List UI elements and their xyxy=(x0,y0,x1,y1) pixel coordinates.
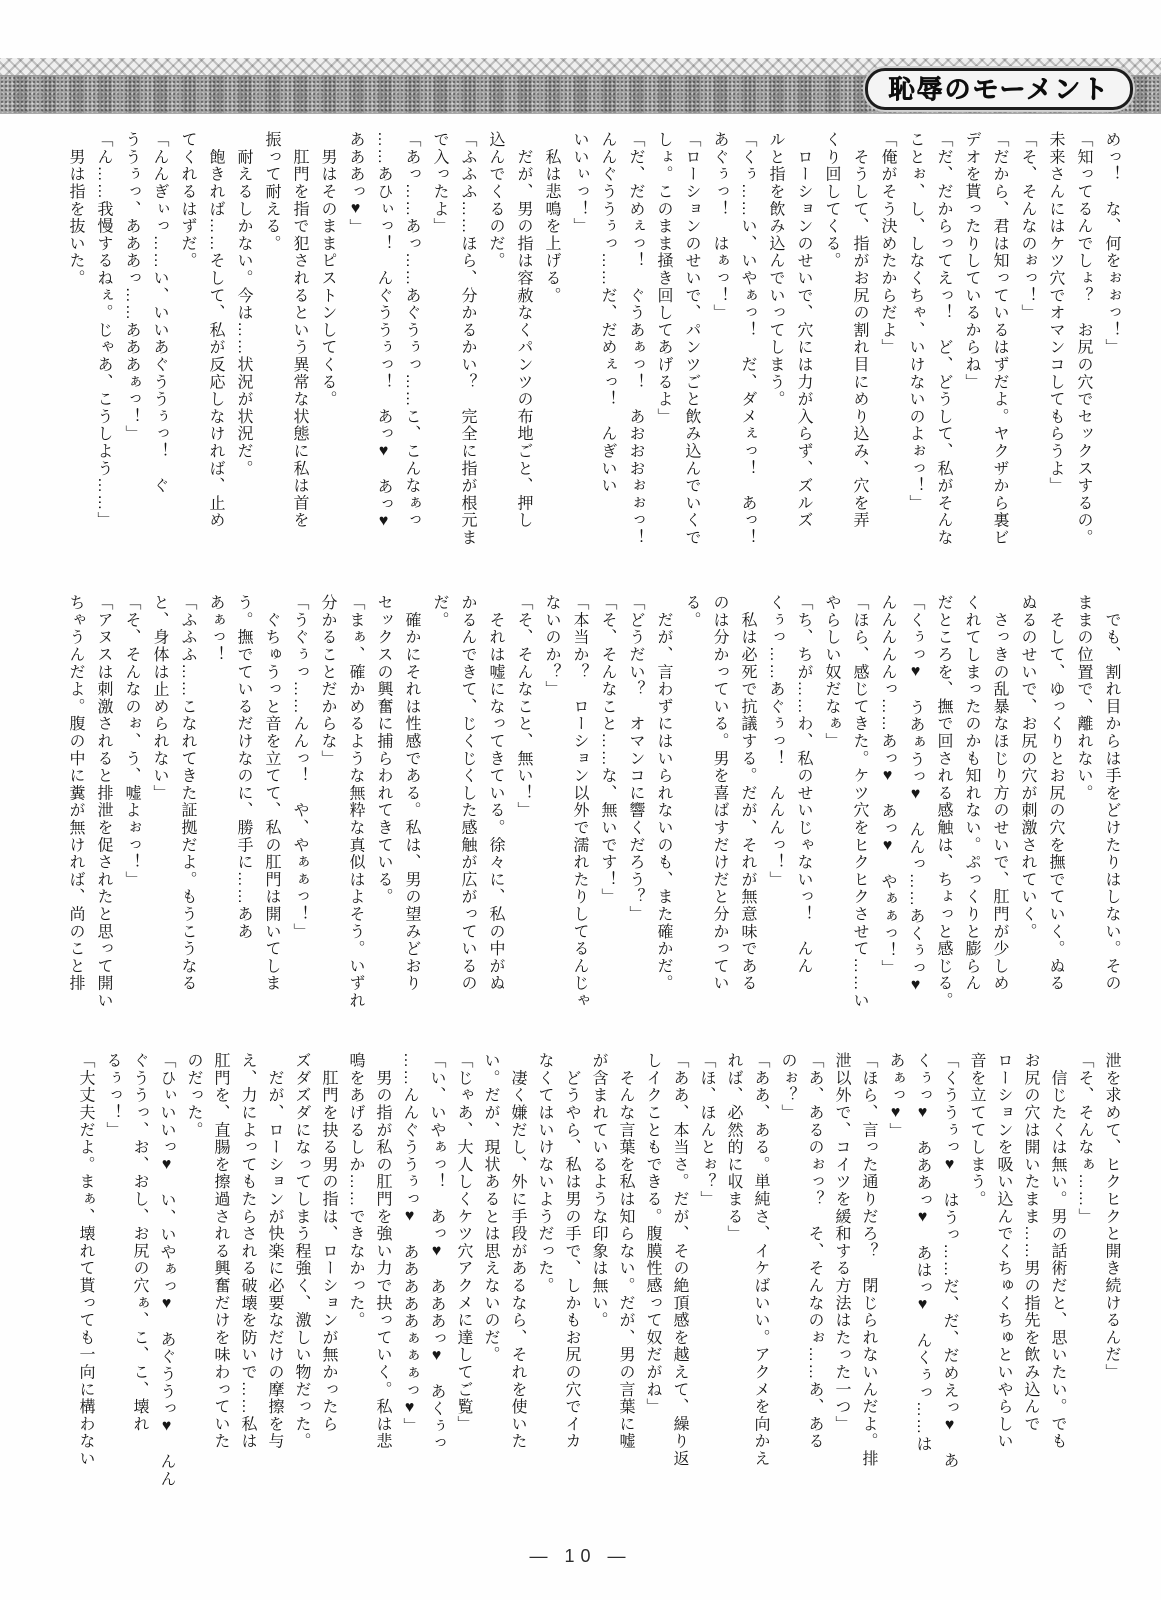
text-column: それは嘘になってきている。徐々に、私の中がぬ xyxy=(481,594,509,1049)
text-column: え、力によってもたらされる破壊を防いで……私は xyxy=(234,1052,261,1517)
text-column: ないのか？」 xyxy=(537,594,565,1049)
text-column: う。撫でているだけなのに、勝手に……ああ xyxy=(229,594,257,1049)
text-column: 「ローションのせいで、パンツごと飲み込んでいくで xyxy=(677,131,705,591)
text-column: れば、必然的に収まる」 xyxy=(720,1052,747,1517)
text-column: ううぅっ、あああっ……あああぁっ！」 xyxy=(117,131,145,591)
text-column: 「じゃあ、大人しくケツ穴アクメに達してご覧」 xyxy=(450,1052,477,1517)
text-column: どうやら、私は男の手で、しかもお尻の穴でイカ xyxy=(558,1052,585,1517)
chapter-title-box: 恥辱のモーメント xyxy=(865,68,1133,110)
text-column: 「そ、そんなこと、無い！」 xyxy=(509,594,537,1049)
text-column: あぁっ♥」 xyxy=(882,1052,909,1517)
text-column: いいぃっ！」 xyxy=(565,131,593,591)
text-column: 「ひぃいいっ♥ い、いやぁっ♥ あぐううっ♥ んん xyxy=(153,1052,180,1517)
text-column: い。だが、現状あるとは思えないのだ。 xyxy=(477,1052,504,1517)
text-band-middle: でも、割れ目からは手をどけたりはしない。そのままの位置で、離れない。 そして、ゆ… xyxy=(61,594,1125,1049)
text-column: のぉ？」 xyxy=(774,1052,801,1517)
text-column: 音を立ててしまう。 xyxy=(963,1052,990,1517)
doujinshi-text-page: 恥辱のモーメント めっ！ な、何をぉぉっ！」「知ってるんでしょ？ お尻の穴でセッ… xyxy=(0,0,1161,1600)
text-column: あぐぅっ！ はぁっ！」 xyxy=(705,131,733,591)
text-column: 「くううぅっ♥ はうっ……だ、だ、だめえっ♥ あ xyxy=(936,1052,963,1517)
text-column: だ。 xyxy=(425,594,453,1049)
text-column: ……あひぃっ！ んぐううぅっ！ あっ♥ あっ♥ xyxy=(369,131,397,591)
text-column: 私は必死で抗議する。だが、それが無意味である xyxy=(733,594,761,1049)
text-column: だところを、撫で回される感触は、ちょっと感じる。 xyxy=(929,594,957,1049)
text-column: くれてしまったのかも知れない。ぷっくりと膨らん xyxy=(957,594,985,1049)
text-column: 「ほ、ほんとぉ？」 xyxy=(693,1052,720,1517)
text-column: 「そ、そんなのぉっ！」 xyxy=(1013,131,1041,591)
text-column: だが、男の指は容赦なくパンツの布地ごと、押し xyxy=(509,131,537,591)
text-column: 耐えるしかない。今は……状況が状況だ。 xyxy=(229,131,257,591)
text-column: 男はそのままピストンしてくる。 xyxy=(313,131,341,591)
text-column: 分かることだからな」 xyxy=(313,594,341,1049)
text-column: 振って耐える。 xyxy=(257,131,285,591)
text-column: 「本当か？ ローション以外で濡れたりしてるんじゃ xyxy=(565,594,593,1049)
text-column: 「そ、そんなぁ……」 xyxy=(1071,1052,1098,1517)
text-column: さっきの乱暴なほじり方のせいで、肛門が少しめ xyxy=(985,594,1013,1049)
text-column: んんんんんっ……あっ♥ あっ♥ やぁぁっ！」 xyxy=(873,594,901,1049)
header-decorative-band: 恥辱のモーメント xyxy=(0,58,1161,112)
text-column: 未来さんにはケツ穴でオマンコしてもらうよ」 xyxy=(1041,131,1069,591)
text-column: てくれるはずだ。 xyxy=(173,131,201,591)
text-column: かるんできて、じくじくした感触が広がっているの xyxy=(453,594,481,1049)
text-column: 確かにそれは性感である。私は、男の望みどおり xyxy=(397,594,425,1049)
text-column: 肛門を抉る男の指は、ローションが無かったら xyxy=(315,1052,342,1517)
text-column: 「そ、そんなこと……な、無いです！」 xyxy=(593,594,621,1049)
text-column: あぁっ！ xyxy=(201,594,229,1049)
page-number: — 10 — xyxy=(0,1546,1161,1567)
chapter-title: 恥辱のモーメント xyxy=(888,74,1110,104)
text-column: と、身体は止められない」 xyxy=(145,594,173,1049)
text-column: 「知ってるんでしょ？ お尻の穴でセックスするの。 xyxy=(1069,131,1097,591)
text-column: 「あっ……あっ……あぐうぅっ……こ、こんなぁっ xyxy=(397,131,425,591)
text-column: 「ち、ちが……わ、私のせいじゃないっ！ んん xyxy=(789,594,817,1049)
text-column: やらしい奴だなぁ」 xyxy=(817,594,845,1049)
text-column: 泄を求めて、ヒクヒクと開き続けるんだ」 xyxy=(1098,1052,1125,1517)
text-column: 「どうだい？ オマンコに響くだろう？」 xyxy=(621,594,649,1049)
text-column: ちゃうんだよ。腹の中に糞が無ければ、尚のこと排 xyxy=(61,594,89,1049)
text-column: のは分かっている。男を喜ばすだけだと分かってい xyxy=(705,594,733,1049)
text-column: 「そ、そんなのぉ、う、嘘よぉっ！」 xyxy=(117,594,145,1049)
text-column: なくてはいけないようだった。 xyxy=(531,1052,558,1517)
text-column: 「ああ、ある。単純さ、イケばいい。アクメを向かえ xyxy=(747,1052,774,1517)
text-column: くぅっ♥ あああっ♥ あはっ♥ んくぅっ……は xyxy=(909,1052,936,1517)
text-column: くぅっ……あぐぅっ！ んんんっ！」 xyxy=(761,594,789,1049)
text-column: しょ。このまま掻き回してあげるよ」 xyxy=(649,131,677,591)
text-column: ……んんぐううぅっ♥ あああああぁぁぁっ♥」 xyxy=(396,1052,423,1517)
text-column: 「ほら、感じてきた。ケツ穴をヒクヒクさせて……い xyxy=(845,594,873,1049)
text-column: で入ったよ」 xyxy=(425,131,453,591)
text-column: ズダズダになってしまう程強く、激しい物だった。 xyxy=(288,1052,315,1517)
text-column: ルと指を飲み込んでいってしまう。 xyxy=(761,131,789,591)
text-column: だが、言わずにはいられないのも、また確かだ。 xyxy=(649,594,677,1049)
text-column: だが、ローションが快楽に必要なだけの摩擦を与 xyxy=(261,1052,288,1517)
text-column: 肛門を指で犯されるという異常な状態に私は首を xyxy=(285,131,313,591)
text-column: 私は悲鳴を上げる。 xyxy=(537,131,565,591)
text-column: そんな言葉を私は知らない。だが、男の言葉に嘘 xyxy=(612,1052,639,1517)
text-band-bottom: 泄を求めて、ヒクヒクと開き続けるんだ」「そ、そんなぁ……」 信じたくは無い。男の… xyxy=(72,1052,1125,1517)
text-column: 「だ、だからってえっ！ ど、どうして、私がそんな xyxy=(929,131,957,591)
text-column: 「俺がそう決めたからだよ」 xyxy=(873,131,901,591)
text-column: ことぉ、し、しなくちゃ、いけないのよぉっ！」 xyxy=(901,131,929,591)
text-band-top: めっ！ な、何をぉぉっ！」「知ってるんでしょ？ お尻の穴でセックスするの。未来さ… xyxy=(61,131,1125,591)
text-column: お尻の穴は開いたまま……男の指先を飲み込んで xyxy=(1017,1052,1044,1517)
text-column: 肛門を、直腸を擦過される興奮だけを味わっていた xyxy=(207,1052,234,1517)
text-column: が含まれているような印象は無い。 xyxy=(585,1052,612,1517)
text-column: ぐううっ、お、おし、お尻の穴ぁ、こ、こ、壊れ xyxy=(126,1052,153,1517)
text-column: ぬるのせいで、お尻の穴が刺激されていく。 xyxy=(1013,594,1041,1049)
text-column: くり回してくる。 xyxy=(817,131,845,591)
text-column: 「んんぎぃっ……い、いいあぐううぅっ！ ぐ xyxy=(145,131,173,591)
text-column: めっ！ な、何をぉぉっ！」 xyxy=(1097,131,1125,591)
text-column: そして、ゆっくりとお尻の穴を撫でていく。ぬる xyxy=(1041,594,1069,1049)
text-column: ぐちゅうっと音を立てて、私の肛門は開いてしま xyxy=(257,594,285,1049)
text-column: るぅっ！」 xyxy=(99,1052,126,1517)
text-column: 男は指を抜いた。 xyxy=(61,131,89,591)
text-column: 「くぅっ♥ うあぁうっ♥ んんっ……あくぅっ♥ xyxy=(901,594,929,1049)
text-column: 「ふふふ……こなれてきた証拠だよ。もうこうなる xyxy=(173,594,201,1049)
text-column: 込んでくるのだ。 xyxy=(481,131,509,591)
text-column: 「だから、君は知っているはずだよ。ヤクザから裏ビ xyxy=(985,131,1013,591)
text-column: 「ん……我慢するねぇ。じゃあ、こうしよう……」 xyxy=(89,131,117,591)
text-column: しイクこともできる。腹膜性感って奴だがね」 xyxy=(639,1052,666,1517)
text-column: 飽きれば……そして、私が反応しなければ、止め xyxy=(201,131,229,591)
text-column: 「ふふふ……ほら、分かるかい？ 完全に指が根元ま xyxy=(453,131,481,591)
text-column: セックスの興奮に捕らわれてきている。 xyxy=(369,594,397,1049)
text-column: 泄以外で、コイツを緩和する方法はたった一つ」 xyxy=(828,1052,855,1517)
text-column: ままの位置で、離れない。 xyxy=(1069,594,1097,1049)
text-column: 「アヌスは刺激されると排泄を促されたと思って開い xyxy=(89,594,117,1049)
text-column: 「大丈夫だよ。まぁ、壊れて貰っても一向に構わない xyxy=(72,1052,99,1517)
text-column: 「うぐぅっ……んんっ！ や、やぁぁっ！」 xyxy=(285,594,313,1049)
text-column: 「くぅ……い、いやぁっ！ だ、ダメぇっ！ あっ！ xyxy=(733,131,761,591)
text-column: 鳴をあげるしか……できなかった。 xyxy=(342,1052,369,1517)
text-column: ローションのせいで、穴には力が入らず、ズルズ xyxy=(789,131,817,591)
text-column: のだった。 xyxy=(180,1052,207,1517)
text-column: 男の指が私の肛門を強い力で抉っていく。私は悲 xyxy=(369,1052,396,1517)
text-column: 信じたくは無い。男の話術だと、思いたい。でも xyxy=(1044,1052,1071,1517)
text-column: んんぐううぅっ……だ、だめぇっ！ んぎいい xyxy=(593,131,621,591)
text-column: 「い、いやぁっ！ あっ♥ あああっ♥ あくぅっ xyxy=(423,1052,450,1517)
text-column: 「ああ、本当さ。だが、その絶頂感を越えて、繰り返 xyxy=(666,1052,693,1517)
text-column: 凄く嫌だし、外に手段があるなら、それを使いた xyxy=(504,1052,531,1517)
text-column: 「だ、だめぇっ！ ぐうあぁっ！ あおおおぉぉっ！ xyxy=(621,131,649,591)
text-column: る。 xyxy=(677,594,705,1049)
text-column: 「ほら、言った通りだろ？ 閉じられないんだよ。排 xyxy=(855,1052,882,1517)
text-column: 「あ、あるのぉっ？ そ、そんなのぉ……あ、ある xyxy=(801,1052,828,1517)
text-column: ローションを吸い込んでくちゅくちゅといやらしい xyxy=(990,1052,1017,1517)
text-column: あああっ♥」 xyxy=(341,131,369,591)
text-column: そうして、指がお尻の割れ目にめり込み、穴を弄 xyxy=(845,131,873,591)
text-column: デオを貰ったりしているからね」 xyxy=(957,131,985,591)
text-column: 「まぁ、確かめるような無粋な真似はよそう。いずれ xyxy=(341,594,369,1049)
text-column: でも、割れ目からは手をどけたりはしない。その xyxy=(1097,594,1125,1049)
